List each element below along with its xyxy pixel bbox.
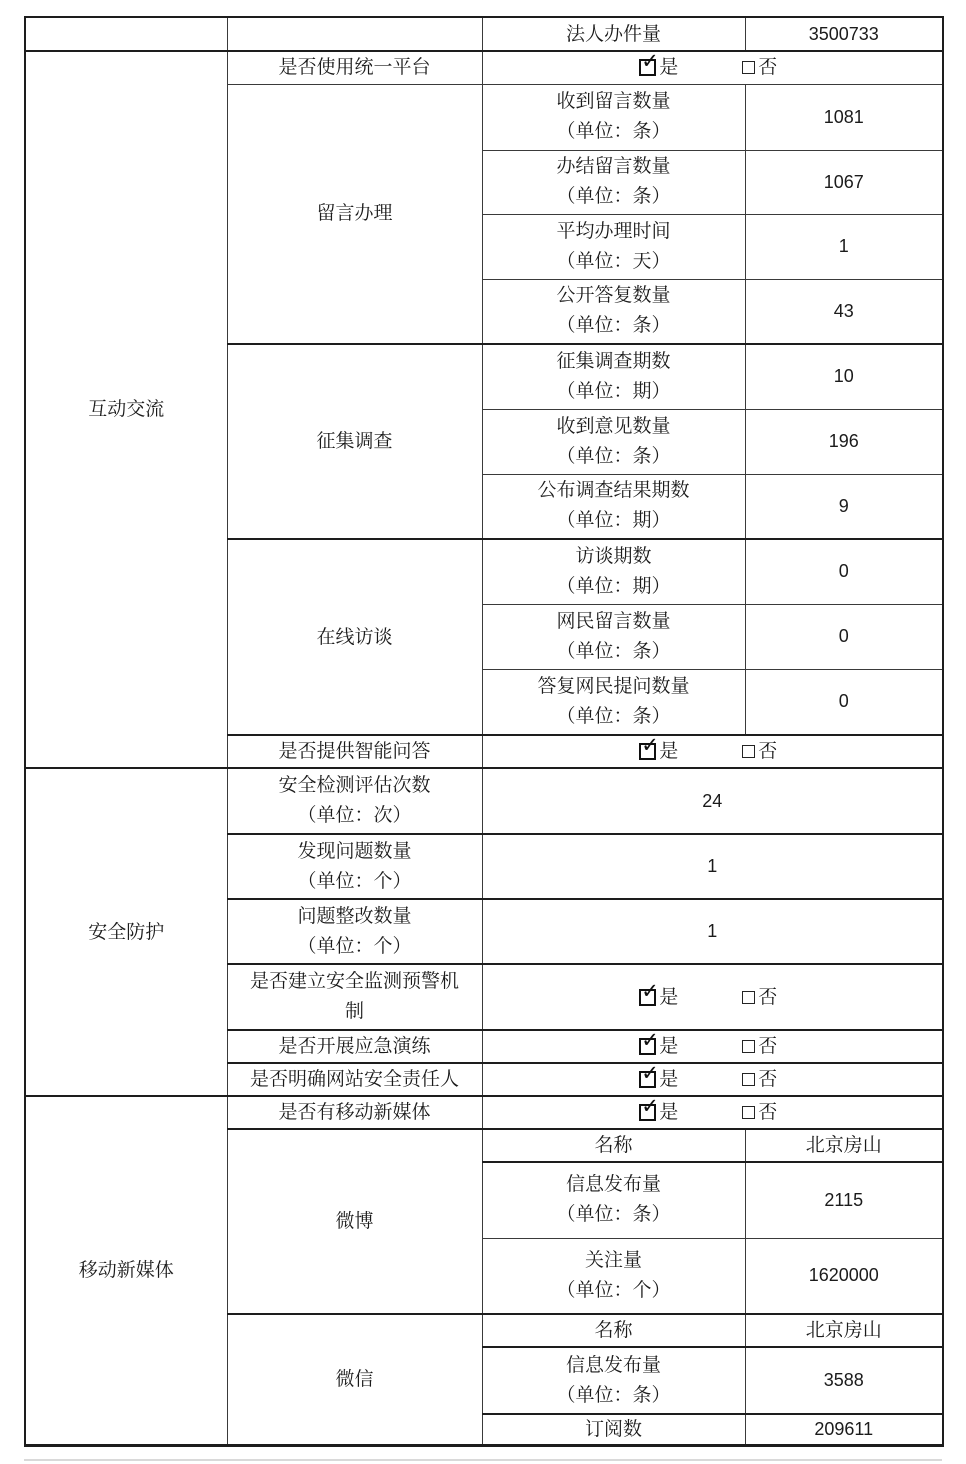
has-mobile-media-answer: 是 否	[482, 1096, 943, 1129]
wechat-posts-value: 3588	[745, 1347, 943, 1414]
label-line: 发现问题数量	[228, 837, 482, 867]
open-replies-value: 43	[745, 279, 943, 344]
interview-periods-value: 0	[745, 539, 943, 604]
label-line: （单位：条）	[483, 117, 745, 147]
table-row: 移动新媒体 是否有移动新媒体 是 否	[25, 1096, 943, 1129]
label-line: （单位：条）	[483, 702, 745, 732]
group-cell-message-handling: 留言办理	[227, 84, 482, 344]
problems-found-label: 发现问题数量 （单位：个）	[227, 834, 482, 899]
unchecked-checkbox-icon	[742, 1040, 755, 1053]
yes-option: 是	[639, 1065, 678, 1094]
weibo-followers-value: 1620000	[745, 1238, 943, 1314]
label-line: 征集调查期数	[483, 347, 745, 377]
yes-option: 是	[639, 1032, 678, 1061]
interview-periods-label: 访谈期数 （单位：期）	[482, 539, 745, 604]
checked-checkbox-icon	[639, 1104, 656, 1121]
group-cell-weibo: 微博	[227, 1129, 482, 1314]
corp-volume-label: 法人办件量	[482, 17, 745, 51]
yes-label: 是	[659, 1098, 678, 1127]
label-line: 信息发布量	[483, 1170, 745, 1200]
checked-checkbox-icon	[639, 59, 656, 76]
yes-no-group: 是 否	[482, 983, 938, 1012]
no-option: 否	[742, 1098, 777, 1127]
messages-received-value: 1081	[745, 84, 943, 150]
yes-label: 是	[659, 737, 678, 766]
section-cell-interaction: 互动交流	[25, 51, 227, 768]
yes-option: 是	[639, 737, 678, 766]
no-label: 否	[758, 1065, 777, 1094]
scan-artifact-line	[24, 1459, 942, 1461]
label-line: 安全检测评估次数	[228, 771, 482, 801]
yes-label: 是	[659, 1065, 678, 1094]
table-row: 安全防护 安全检测评估次数 （单位：次） 24	[25, 768, 943, 834]
label-line: （单位：条）	[483, 442, 745, 472]
warning-mechanism-label: 是否建立安全监测预警机 制	[227, 964, 482, 1030]
weibo-posts-value: 2115	[745, 1162, 943, 1238]
yes-label: 是	[659, 983, 678, 1012]
survey-periods-value: 10	[745, 344, 943, 409]
interview-messages-value: 0	[745, 604, 943, 669]
wechat-subscribers-value: 209611	[745, 1414, 943, 1446]
label-line: （单位：次）	[228, 801, 482, 831]
table-row: 法人办件量 3500733	[25, 17, 943, 51]
group-cell-wechat: 微信	[227, 1314, 482, 1446]
label-line: 问题整改数量	[228, 902, 482, 932]
label-line: （单位：个）	[483, 1276, 745, 1306]
security-officer-label: 是否明确网站安全责任人	[227, 1063, 482, 1096]
interview-messages-label: 网民留言数量 （单位：条）	[482, 604, 745, 669]
warning-mechanism-answer: 是 否	[482, 964, 943, 1030]
no-option: 否	[742, 53, 777, 82]
label-line: 公开答复数量	[483, 281, 745, 311]
label-line: （单位：条）	[483, 182, 745, 212]
yes-option: 是	[639, 53, 678, 82]
no-option: 否	[742, 1032, 777, 1061]
label-line: 答复网民提问数量	[483, 672, 745, 702]
no-label: 否	[758, 1032, 777, 1061]
label-line: （单位：条）	[483, 637, 745, 667]
unchecked-checkbox-icon	[742, 61, 755, 74]
section-cell-mobile-media: 移动新媒体	[25, 1096, 227, 1446]
group-cell-interview: 在线访谈	[227, 539, 482, 735]
yes-no-group: 是 否	[482, 53, 938, 82]
survey-periods-label: 征集调查期数 （单位：期）	[482, 344, 745, 409]
label-line: 平均办理时间	[483, 217, 745, 247]
label-line: （单位：期）	[483, 506, 745, 536]
label-line: 办结留言数量	[483, 152, 745, 182]
checked-checkbox-icon	[639, 1038, 656, 1055]
messages-received-label: 收到留言数量 （单位：条）	[482, 84, 745, 150]
checked-checkbox-icon	[639, 1071, 656, 1088]
label-line: 收到意见数量	[483, 412, 745, 442]
label-line: （单位：天）	[483, 247, 745, 277]
no-label: 否	[758, 1098, 777, 1127]
yes-no-group: 是 否	[482, 737, 938, 766]
survey-published-label: 公布调查结果期数 （单位：期）	[482, 474, 745, 539]
problems-fixed-label: 问题整改数量 （单位：个）	[227, 899, 482, 964]
smart-qa-answer: 是 否	[482, 735, 943, 768]
section-cell-security: 安全防护	[25, 768, 227, 1096]
label-line: 关注量	[483, 1246, 745, 1276]
problems-found-value: 1	[482, 834, 943, 899]
no-label: 否	[758, 983, 777, 1012]
unchecked-checkbox-icon	[742, 991, 755, 1004]
label-line: 制	[228, 997, 482, 1027]
wechat-subscribers-label: 订阅数	[482, 1414, 745, 1446]
interview-replies-label: 答复网民提问数量 （单位：条）	[482, 669, 745, 735]
unchecked-checkbox-icon	[742, 1073, 755, 1086]
open-replies-label: 公开答复数量 （单位：条）	[482, 279, 745, 344]
corp-volume-value: 3500733	[745, 17, 943, 51]
unchecked-checkbox-icon	[742, 1106, 755, 1119]
label-line: 网民留言数量	[483, 607, 745, 637]
wechat-name-value: 北京房山	[745, 1314, 943, 1347]
annual-report-table: 法人办件量 3500733 互动交流 是否使用统一平台 是 否 留言办理 收到留…	[24, 16, 944, 1447]
yes-label: 是	[659, 1032, 678, 1061]
checked-checkbox-icon	[639, 743, 656, 760]
table-row: 互动交流 是否使用统一平台 是 否	[25, 51, 943, 84]
security-officer-answer: 是 否	[482, 1063, 943, 1096]
no-label: 否	[758, 737, 777, 766]
unchecked-checkbox-icon	[742, 745, 755, 758]
group-cell-survey: 征集调查	[227, 344, 482, 539]
survey-opinions-value: 196	[745, 409, 943, 474]
label-line: （单位：期）	[483, 572, 745, 602]
weibo-followers-label: 关注量 （单位：个）	[482, 1238, 745, 1314]
problems-fixed-value: 1	[482, 899, 943, 964]
empty-cell	[227, 17, 482, 51]
no-option: 否	[742, 983, 777, 1012]
avg-handling-time-label: 平均办理时间 （单位：天）	[482, 214, 745, 279]
checked-checkbox-icon	[639, 989, 656, 1006]
no-label: 否	[758, 53, 777, 82]
security-checks-label: 安全检测评估次数 （单位：次）	[227, 768, 482, 834]
emergency-drill-label: 是否开展应急演练	[227, 1030, 482, 1063]
label-line: （单位：条）	[483, 311, 745, 341]
yes-no-group: 是 否	[482, 1098, 938, 1127]
unified-platform-label: 是否使用统一平台	[227, 51, 482, 84]
yes-option: 是	[639, 1098, 678, 1127]
label-line: （单位：个）	[228, 867, 482, 897]
smart-qa-label: 是否提供智能问答	[227, 735, 482, 768]
yes-no-group: 是 否	[482, 1065, 938, 1094]
avg-handling-time-value: 1	[745, 214, 943, 279]
weibo-name-label: 名称	[482, 1129, 745, 1162]
messages-completed-value: 1067	[745, 150, 943, 214]
security-checks-value: 24	[482, 768, 943, 834]
label-line: 信息发布量	[483, 1351, 745, 1381]
label-line: 是否建立安全监测预警机	[228, 967, 482, 997]
label-line: （单位：期）	[483, 377, 745, 407]
yes-option: 是	[639, 983, 678, 1012]
survey-published-value: 9	[745, 474, 943, 539]
weibo-posts-label: 信息发布量 （单位：条）	[482, 1162, 745, 1238]
label-line: （单位：条）	[483, 1200, 745, 1230]
emergency-drill-answer: 是 否	[482, 1030, 943, 1063]
empty-cell	[25, 17, 227, 51]
no-option: 否	[742, 1065, 777, 1094]
unified-platform-answer: 是 否	[482, 51, 943, 84]
has-mobile-media-label: 是否有移动新媒体	[227, 1096, 482, 1129]
wechat-name-label: 名称	[482, 1314, 745, 1347]
label-line: 收到留言数量	[483, 87, 745, 117]
wechat-posts-label: 信息发布量 （单位：条）	[482, 1347, 745, 1414]
interview-replies-value: 0	[745, 669, 943, 735]
yes-label: 是	[659, 53, 678, 82]
weibo-name-value: 北京房山	[745, 1129, 943, 1162]
yes-no-group: 是 否	[482, 1032, 938, 1061]
survey-opinions-label: 收到意见数量 （单位：条）	[482, 409, 745, 474]
no-option: 否	[742, 737, 777, 766]
messages-completed-label: 办结留言数量 （单位：条）	[482, 150, 745, 214]
label-line: （单位：个）	[228, 932, 482, 962]
label-line: （单位：条）	[483, 1381, 745, 1411]
label-line: 访谈期数	[483, 542, 745, 572]
label-line: 公布调查结果期数	[483, 476, 745, 506]
